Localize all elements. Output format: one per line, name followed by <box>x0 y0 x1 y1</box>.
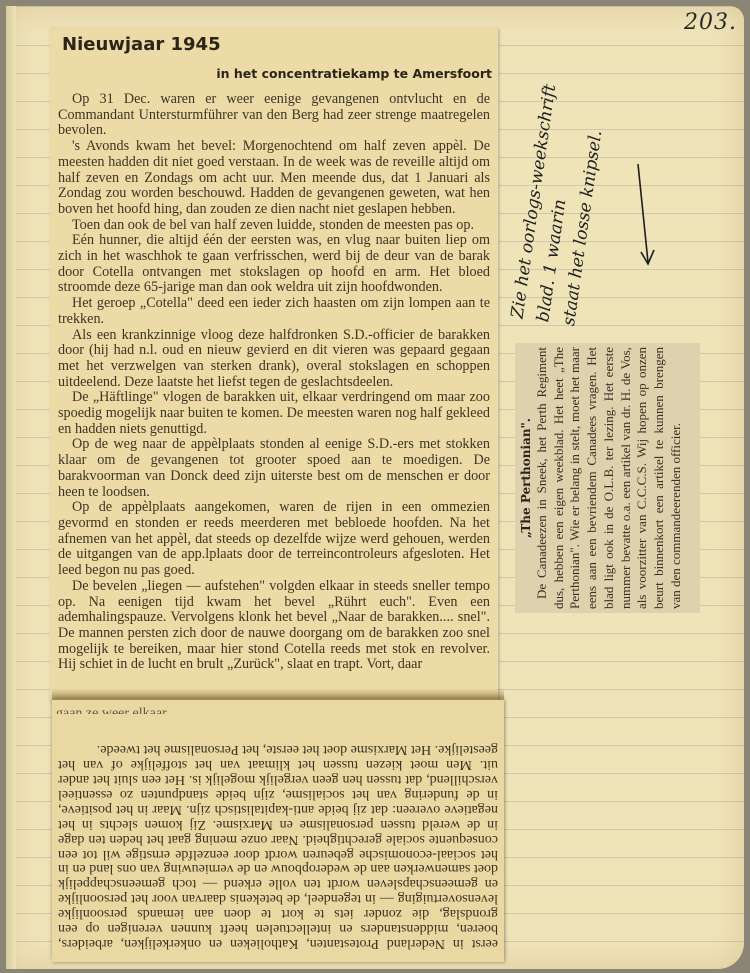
flipped-clipping-content: eerst in Nederland Protestanten, Katholi… <box>52 700 504 956</box>
paragraph: Toen dan ook de bel van half zeven luidd… <box>58 218 490 234</box>
newspaper-clipping-upside-down: eerst in Nederland Protestanten, Katholi… <box>52 700 504 962</box>
side-clipping-title: „The Perthonian". <box>519 347 533 609</box>
arrow-down-icon <box>630 162 660 272</box>
flipped-clipping-text: eerst in Nederland Protestanten, Katholi… <box>58 741 498 950</box>
handwritten-note: Zie het oorlogs-weekschrift blad. 1 waar… <box>520 20 630 330</box>
paragraph: Op de weg naar de appèlplaats stonden al… <box>58 437 490 500</box>
page-binding-edge <box>6 6 16 969</box>
side-clipping-content: „The Perthonian". De Canadeezen in Sneek… <box>519 347 697 609</box>
paragraph: Op de appèlplaats aangekomen, waren de r… <box>58 500 490 579</box>
side-clipping-text: De Canadeezen in Sneek, het Perth Regime… <box>534 347 684 609</box>
paragraph: Als een krankzinnige vloog deze halfdron… <box>58 328 490 391</box>
page-number: 203. <box>684 10 737 35</box>
handwritten-note-content: Zie het oorlogs-weekschrift blad. 1 waar… <box>505 20 646 331</box>
paragraph: Het geroep „Cotella" deed een ieder zich… <box>58 296 490 327</box>
newspaper-clipping-main: Nieuwjaar 1945 in het concentratiekamp t… <box>50 28 498 700</box>
cut-off-text-line: gaan ze weer elkaar... <box>56 706 256 714</box>
paragraph: De „Häftlinge" vlogen de barakken uit, e… <box>58 390 490 437</box>
clipping-body: Op 31 Dec. waren er weer eenige gevangen… <box>58 92 490 673</box>
paragraph: 's Avonds kwam het bevel: Morgenochtend … <box>58 139 490 218</box>
paragraph: Eén hunner, die altijd één der eersten w… <box>58 233 490 296</box>
paragraph: De bevelen „liegen — aufstehen" volgden … <box>58 579 490 673</box>
paragraph: Op 31 Dec. waren er weer eenige gevangen… <box>58 92 490 139</box>
clipping-headline: Nieuwjaar 1945 <box>62 34 221 55</box>
clipping-subheadline: in het concentratiekamp te Amersfoort <box>216 66 492 81</box>
newspaper-clipping-perthonian: „The Perthonian". De Canadeezen in Sneek… <box>515 343 700 613</box>
